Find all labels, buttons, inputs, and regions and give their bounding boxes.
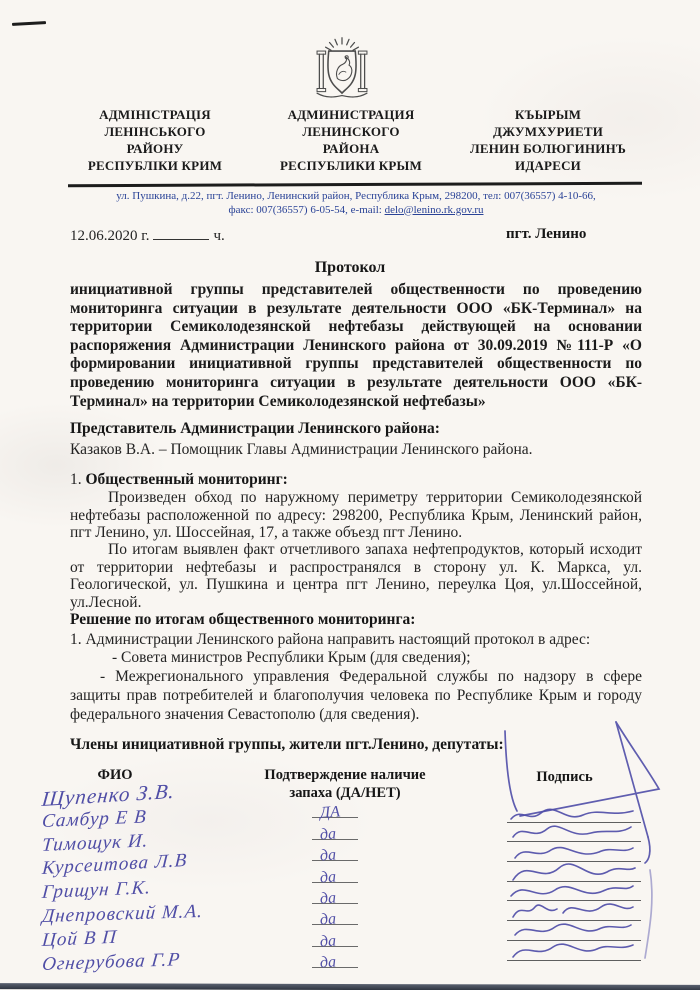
confirmation-field: да bbox=[312, 947, 358, 968]
confirmation-field: да bbox=[312, 840, 358, 861]
contact-fax-prefix: факс: 007(36557) 6-05-54, e-mail: bbox=[228, 204, 384, 216]
hour-suffix: ч. bbox=[213, 228, 224, 244]
confirmation-field: да bbox=[312, 883, 358, 904]
org-ct-line2: ДЖУМХУРИЕТИ bbox=[448, 123, 648, 140]
confirmation-value: да bbox=[319, 954, 336, 973]
confirmation-field: да bbox=[312, 818, 358, 839]
decision-heading: Решение по итогам общественного монитори… bbox=[70, 611, 642, 629]
confirmation-column: ДА да да да да да да да bbox=[312, 797, 362, 968]
org-ua-line2: ЛЕНІНСЬКОГО bbox=[56, 123, 254, 140]
contact-info: ул. Пушкина, д.22, пгт. Ленино, Ленински… bbox=[70, 190, 642, 217]
confirmation-field: да bbox=[312, 925, 358, 946]
confirmation-field: ДА bbox=[312, 797, 358, 818]
date-place-line: 12.06.2020 г.ч. пгт. Ленино bbox=[70, 226, 642, 245]
org-name-russian: АДМИНИСТРАЦИЯ ЛЕНИНСКОГО РАЙОНА РЕСПУБЛИ… bbox=[252, 106, 450, 174]
monitoring-section-number: 1. bbox=[70, 471, 86, 488]
org-ua-line3: РАЙОНУ bbox=[56, 140, 254, 157]
org-ct-line3: ЛЕНИН БОЛЮГИНИНЪ bbox=[448, 140, 648, 157]
column-header-signature: Подпись bbox=[512, 768, 617, 786]
signature-field bbox=[507, 941, 641, 961]
members-heading: Члены инициативной группы, жители пгт.Ле… bbox=[70, 736, 642, 754]
org-ru-line4: РЕСПУБЛИКИ КРЫМ bbox=[252, 157, 450, 174]
crimea-coat-of-arms-emblem bbox=[303, 30, 381, 108]
monitoring-paragraph-1: Произведен обход по наружному периметру … bbox=[70, 489, 642, 542]
member-names-column: Щупенко З.В. Самбур Е В Тимощук И. Курсе… bbox=[42, 787, 314, 977]
org-ua-line4: РЕСПУБЛІКИ КРИМ bbox=[56, 157, 254, 174]
hour-blank-field bbox=[153, 226, 209, 240]
contact-fax-email-line: факс: 007(36557) 6-05-54, e-mail: delo@l… bbox=[70, 204, 642, 218]
org-ct-line4: ИДАРЕСИ bbox=[448, 157, 648, 174]
org-ua-line1: АДМІНІСТРАЦІЯ bbox=[56, 106, 254, 123]
decision-subitem-2: - Межрегионального управления Федерально… bbox=[70, 668, 642, 724]
org-ru-line1: АДМИНИСТРАЦИЯ bbox=[252, 106, 450, 123]
org-name-crimean-tatar: КЪЫРЫМ ДЖУМХУРИЕТИ ЛЕНИН БОЛЮГИНИНЪ ИДАР… bbox=[448, 106, 648, 174]
org-ct-line1: КЪЫРЫМ bbox=[448, 106, 648, 123]
confirmation-field: да bbox=[312, 904, 358, 925]
document-date: 12.06.2020 г. bbox=[70, 228, 149, 244]
monitoring-paragraph-2: По итогам выявлен факт отчетливого запах… bbox=[70, 541, 642, 611]
decision-subitem-1: - Совета министров Республики Крым (для … bbox=[70, 649, 642, 667]
org-ru-line3: РАЙОНА bbox=[252, 140, 450, 157]
document-place: пгт. Ленино bbox=[506, 226, 586, 243]
org-ru-line2: ЛЕНИНСКОГО bbox=[252, 123, 450, 140]
signature-column bbox=[507, 803, 641, 961]
contact-email-link: delo@lenino.rk.gov.ru bbox=[385, 204, 484, 216]
scan-artifact-dash bbox=[12, 21, 46, 25]
decision-item-1: 1. Администрации Ленинского района напра… bbox=[70, 631, 642, 649]
contact-address-line: ул. Пушкина, д.22, пгт. Ленино, Ленински… bbox=[70, 190, 642, 204]
document-subject-paragraph: инициативной группы представителей общес… bbox=[70, 281, 642, 411]
org-name-ukrainian: АДМІНІСТРАЦІЯ ЛЕНІНСЬКОГО РАЙОНУ РЕСПУБЛ… bbox=[56, 106, 254, 174]
monitoring-section-heading: 1. Общественный мониторинг: bbox=[70, 471, 642, 489]
confirmation-field: да bbox=[312, 861, 358, 882]
scanned-protocol-document: АДМІНІСТРАЦІЯ ЛЕНІНСЬКОГО РАЙОНУ РЕСПУБЛ… bbox=[0, 0, 700, 990]
representative-heading: Представитель Администрации Ленинского р… bbox=[70, 420, 642, 438]
monitoring-section-title: Общественный мониторинг: bbox=[86, 471, 288, 488]
scan-artifact-bottom-band bbox=[0, 983, 700, 990]
representative-name: Казаков В.А. – Помощник Главы Администра… bbox=[70, 441, 642, 459]
header-divider-rule bbox=[68, 182, 642, 188]
document-title: Протокол bbox=[70, 259, 630, 277]
